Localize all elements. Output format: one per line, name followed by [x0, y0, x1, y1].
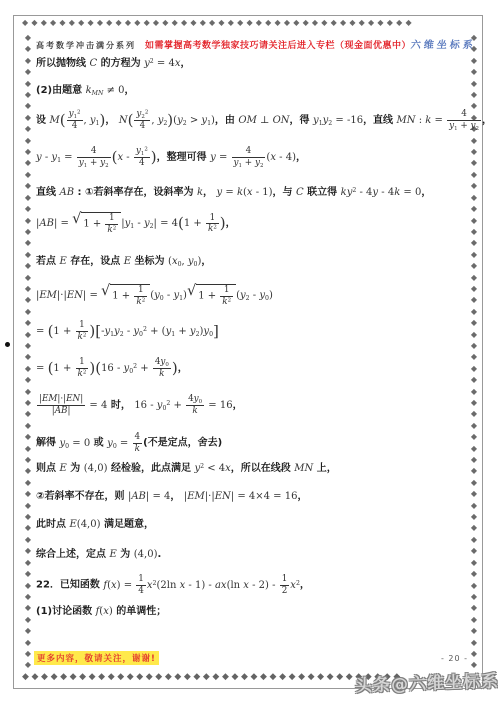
solution-line-point-e-check: 则点 E 为 (4,0) 经检验，此点满足 y2 < 4x，所以在线段 MN 上…	[36, 463, 476, 476]
solution-line-line-ab-case1: 直线 AB : ①若斜率存在，设斜率为 k， y = k(x - 1)，与 C …	[36, 187, 476, 200]
promo-text: 如需掌握高考数学独家技巧请关注后进入专栏（现金面优惠中）	[145, 38, 411, 51]
solution-line-case2-no-slope: ②若斜率不存在，则 |AB| = 4， |EM|·|EN| = 4×4 = 16…	[36, 491, 476, 504]
solution-line-point-e-setup: 若点 E 存在，设点 E 坐标为 (x0, y0)，	[36, 256, 476, 269]
solution-line-ratio-equals-4: |EM|·|EN||AB| = 4 时， 16 - y02 + 4y0k = 1…	[36, 394, 476, 417]
solution-line-set-points-mn: 设 M(y124, y1)， N(y224, y2)(y2 > y1)，由 OM…	[36, 109, 476, 132]
diamond-border-left: ◆◆◆◆◆◆◆◆◆◆◆◆◆◆◆◆◆◆◆◆◆◆◆◆◆◆◆◆◆◆◆◆◆◆◆◆◆◆◆◆…	[23, 32, 33, 670]
page-header: 高考数学冲击满分系列 如需掌握高考数学独家技巧请关注后进入专栏（现金面优惠中） …	[36, 36, 464, 51]
watermark-text: 头条@六维坐标系	[355, 666, 500, 696]
diamond-border-top: ◆◆◆◆◆◆◆◆◆◆◆◆◆◆◆◆◆◆◆◆◆◆◆◆◆◆◆◆◆◆◆◆◆◆◆◆◆◆◆◆…	[22, 18, 479, 31]
problem-22-part1: (1)讨论函数 f(x) 的单调性；	[36, 606, 476, 619]
solution-line-expansion-step1: = (1 + 1k2)[-y1y2 - y02 + (y1 + y2)y0]	[36, 320, 476, 342]
solution-line-solve-y0: 解得 y0 = 0 或 y0 = 4k(不是定点，舍去)	[36, 432, 476, 454]
solution-line-part2-premise: (2)由题意 kMN ≠ 0，	[36, 85, 476, 98]
series-title: 高考数学冲击满分系列	[36, 40, 136, 51]
page-number: - 20 -	[441, 654, 468, 663]
solution-line-expansion-step2: = (1 + 1k2)(16 - y02 + 4y0k)，	[36, 357, 476, 380]
footer-note: 更多内容，敬请关注，谢谢!	[34, 651, 159, 665]
problem-22-statement: 22．已知函数 f(x) = 14x2(2ln x - 1) - ax(ln x…	[36, 574, 476, 596]
solution-line-em-en-product: |EM|·|EN| = √1 + 1k2(y0 - y1)√1 + 1k2(y2…	[36, 284, 476, 307]
solution-line-ab-length: |AB| = √1 + 1k2|y1 - y2| = 4(1 + 1k2)，	[36, 212, 476, 235]
solution-line-parabola-equation: 所以抛物线 C 的方程为 y2 = 4x，	[36, 58, 476, 71]
solution-line-line-mn-equation: y - y1 = 4y1 + y2(x - y124)，整理可得 y = 4y1…	[36, 146, 476, 169]
solution-line-conclusion: 综合上述，定点 E 为 (4,0).	[36, 549, 476, 562]
brand-logo-text: 六维坐标系	[410, 36, 477, 51]
solution-line-e-satisfies: 此时点 E(4,0) 满足题意，	[36, 519, 476, 532]
margin-dot	[5, 342, 10, 347]
